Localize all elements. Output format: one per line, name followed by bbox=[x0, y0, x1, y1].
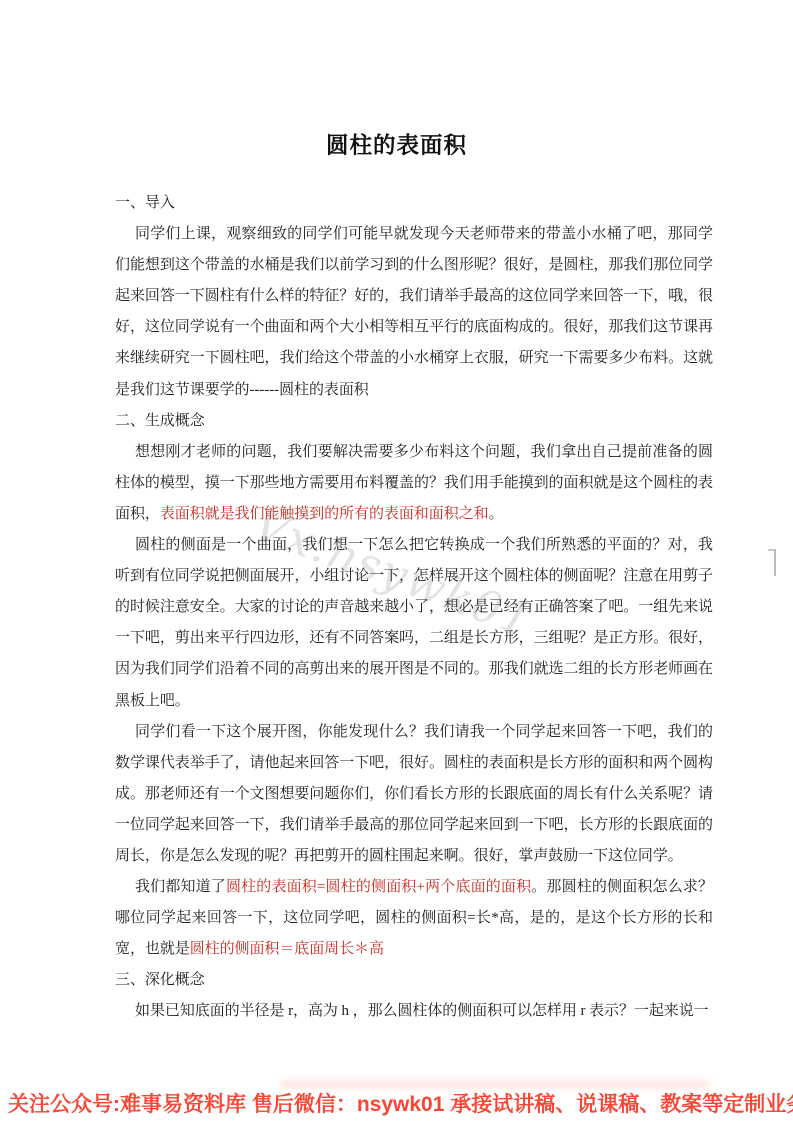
paragraph: 同学们上课，观察细致的同学们可能早就发现今天老师带来的带盖小水桶了吧，那同学们能… bbox=[115, 219, 713, 406]
section-heading: 一、导入 bbox=[115, 188, 713, 219]
text-run: 我们都知道了 bbox=[135, 879, 226, 895]
paragraph: 圆柱的侧面是一个曲面，我们想一下怎么把它转换成一个我们所熟悉的平面的？对，我听到… bbox=[115, 530, 713, 717]
paragraph: 同学们看一下这个展开图，你能发现什么？我们请我一个同学起来回答一下吧，我们的数学… bbox=[115, 717, 713, 872]
footer-smudge bbox=[280, 1080, 710, 1089]
text-run: 。 bbox=[489, 506, 504, 522]
paragraph: 如果已知底面的半径是 r，高为 h ，那么圆柱体的侧面积可以怎样用 r 表示？一… bbox=[115, 996, 713, 1027]
text-run: 圆柱的侧面是一个曲面，我们想一下怎么把它转换成一个我们所熟悉的平面的？对，我听到… bbox=[115, 537, 713, 708]
text-run: 同学们看一下这个展开图，你能发现什么？我们请我一个同学起来回答一下吧，我们的数学… bbox=[115, 724, 713, 864]
text-run: 一、导入 bbox=[115, 195, 175, 211]
paragraph: 想想刚才老师的问题，我们要解决需要多少布料这个问题，我们拿出自己提前准备的圆柱体… bbox=[115, 437, 713, 530]
document-page: 圆柱的表面积 一、导入同学们上课，观察细致的同学们可能早就发现今天老师带来的带盖… bbox=[0, 0, 793, 1122]
red-emphasis-text: 表面积就是我们能触摸到的所有的表面和面积之和 bbox=[160, 506, 489, 522]
document-body: 一、导入同学们上课，观察细致的同学们可能早就发现今天老师带来的带盖小水桶了吧，那… bbox=[115, 188, 713, 1028]
section-heading: 三、深化概念 bbox=[115, 965, 713, 996]
scan-artifact-line bbox=[774, 549, 776, 576]
paragraph: 我们都知道了圆柱的表面积=圆柱的侧面积+两个底面的面积。那圆柱的侧面积怎么求？哪… bbox=[115, 872, 713, 965]
text-run: 同学们上课，观察细致的同学们可能早就发现今天老师带来的带盖小水桶了吧，那同学们能… bbox=[115, 226, 713, 397]
red-emphasis-text: 圆柱的表面积=圆柱的侧面积+两个底面的面积 bbox=[226, 879, 531, 895]
footer-promo-text: 关注公众号:难事易资料库 售后微信：nsywk01 承接试讲稿、说课稿、教案等定… bbox=[8, 1092, 793, 1117]
red-emphasis-text: 圆柱的侧面积＝底面周长＊高 bbox=[190, 941, 384, 957]
text-run: 二、生成概念 bbox=[115, 413, 205, 429]
document-title: 圆柱的表面积 bbox=[0, 133, 793, 159]
section-heading: 二、生成概念 bbox=[115, 406, 713, 437]
text-run: 如果已知底面的半径是 r，高为 h ，那么圆柱体的侧面积可以怎样用 r 表示？一… bbox=[135, 1003, 709, 1019]
text-run: 三、深化概念 bbox=[115, 972, 205, 988]
